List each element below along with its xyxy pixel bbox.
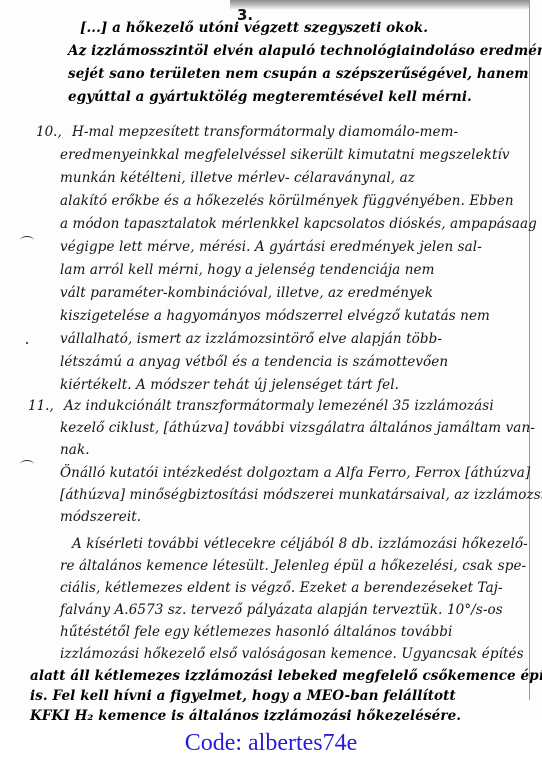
item-10-line: alakító erőkbe és a hőkezelés körülménye… [60,193,514,209]
item-10-line: H-mal mepzesített transformátormaly diam… [72,124,458,140]
furnaces-line: alatt áll kétlemezes izzlámozási lebeked… [30,668,542,684]
page-edge-rule [529,0,530,700]
item-11-line: Önálló kutatói intézkedést dolgoztam a A… [60,465,530,481]
intro-line: egyúttal a gyártuktölég megteremtésével … [68,89,472,105]
furnaces-line: falvány A.6573 sz. tervező pályázata ala… [60,602,503,618]
item-11-line: Az indukciónált transzformátormaly lemez… [64,398,494,414]
item-10-line: vált paraméter-kombinációval, illetve, a… [60,285,433,301]
item-number-10: 10., [36,124,62,140]
item-10-line: eredmenyeinkkal megfelelvéssel sikerült … [60,147,510,163]
item-11-line: kezelő ciklust, [áthúzva] további vizsgá… [60,420,535,436]
furnaces-line: KFKI H₂ kemence is általános izzlámozási… [30,708,461,724]
margin-bracket-mark [20,236,34,245]
item-10-line: vállalható, ismert az izzlámozsintörő el… [60,331,442,347]
intro-line: Az izzlámosszintöl elvén alapuló technol… [68,43,542,59]
furnaces-line: A kísérleti további vétlecekre céljából … [72,536,528,552]
document-code-caption: Code: albertes74e [0,730,542,757]
item-10-line: kiértékelt. A módszer tehát új jelensége… [60,377,399,393]
item-11-line: [áthúzva] minőségbiztosítási módszerei m… [60,487,542,503]
scanned-page: 3. [...] a hőkezelő utóni végzett szegys… [0,0,542,720]
item-10-line: végigpe lett mérve, mérési. A gyártási e… [60,239,482,255]
item-10-line: létszámú a anyag vétből és a tendencia i… [60,354,448,370]
intro-line: [...] a hőkezelő utóni végzett szegyszet… [80,20,428,36]
intro-line: sejét sano területen nem csupán a szépsz… [68,66,529,82]
furnaces-line: is. Fel kell hívni a figyelmet, hogy a M… [30,688,456,704]
furnaces-line: ciális, kétlemezes eldent is végző. Ezek… [60,580,503,596]
item-11-line: módszereit. [60,509,141,525]
item-10-line: lam arról kell mérni, hogy a jelenség te… [60,262,435,278]
item-10-line: munkán kétélteni, illetve mérlev- célara… [60,170,415,186]
item-10-line: a módon tapasztalatok mérlenkkel kapcsol… [60,216,537,232]
margin-dot [26,342,28,344]
furnaces-line: hűtéstétől fele egy kétlemezes hasonló á… [60,624,452,640]
margin-bracket-mark [20,460,34,469]
item-10-line: kiszigetelése a hagyományos módszerrel e… [60,308,490,324]
item-11-line: nak. [60,442,90,458]
item-number-11: 11., [28,398,54,414]
furnaces-line: izzlámozási hőkezelő első valóságosan ke… [60,646,524,662]
scan-smudge [230,0,530,10]
furnaces-line: re általános kemence létesült. Jelenleg … [60,558,526,574]
